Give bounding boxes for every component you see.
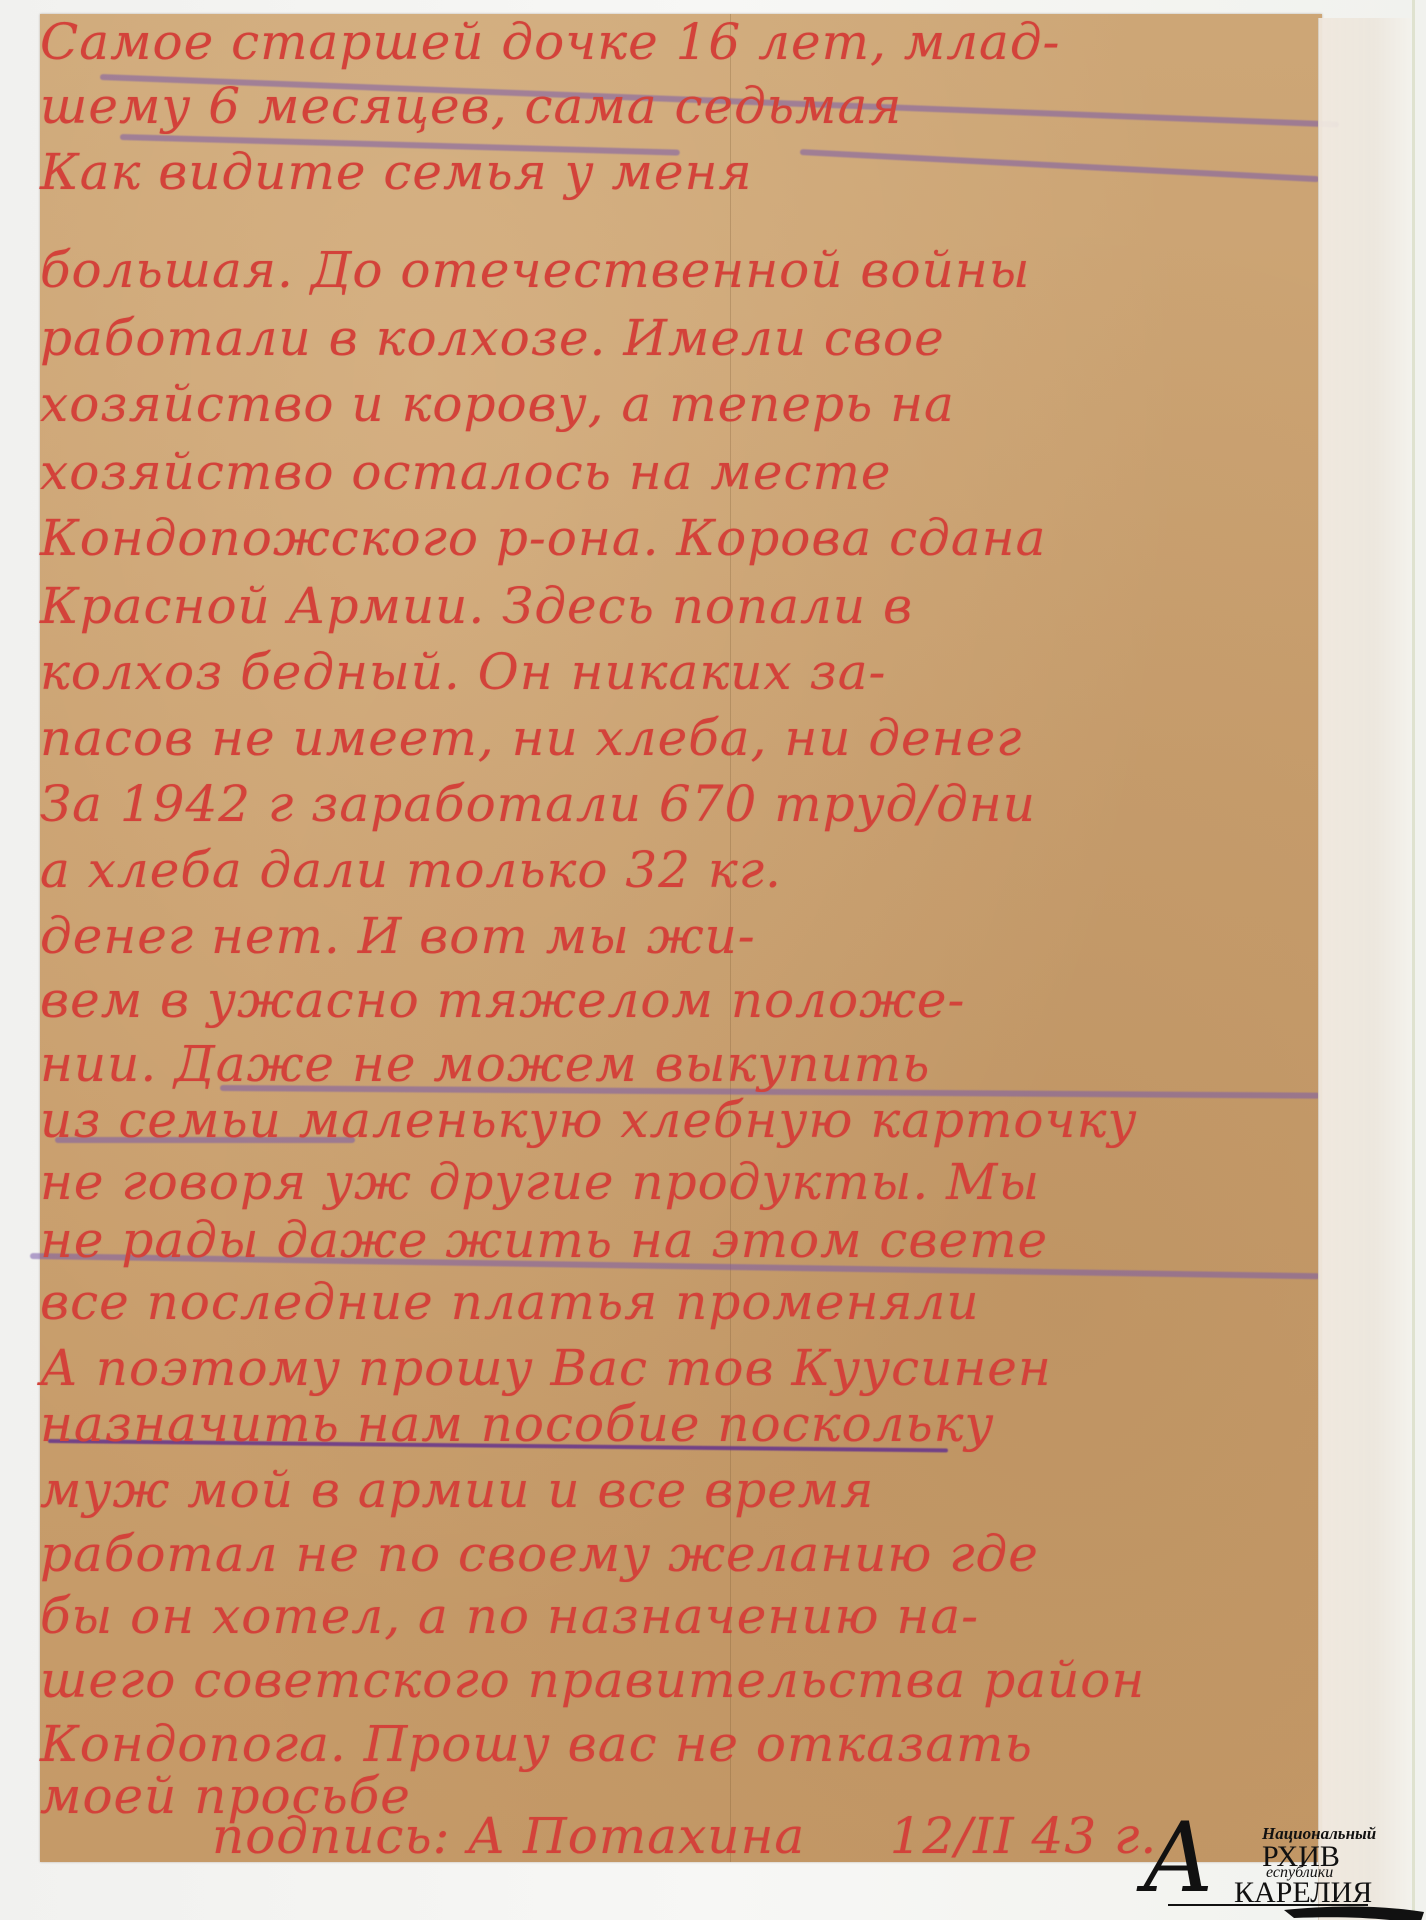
logo-initial: А: [1142, 1810, 1215, 1906]
backing-sheet-edge: [1412, 0, 1415, 1920]
text-line: денег нет. И вот мы жи-: [40, 906, 756, 966]
text-line: не говоря уж другие продукты. Мы: [40, 1152, 1040, 1212]
text-line: из семьи маленькую хлебную карточку: [40, 1090, 1138, 1150]
signature-line: подпись: А Потахина 12/II 43 г.: [212, 1806, 1157, 1866]
signature-date: 12/II 43 г.: [890, 1807, 1158, 1865]
text-line: Кондопожского р-она. Корова сдана: [40, 508, 1046, 568]
text-line: хозяйство осталось на месте: [40, 442, 891, 502]
text-line: муж мой в армии и все время: [40, 1460, 874, 1520]
signature-label: подпись:: [212, 1807, 450, 1865]
text-line: А поэтому прошу Вас тов Куусинен: [40, 1338, 1052, 1398]
text-line: За 1942 г заработали 670 труд/дни: [40, 774, 1036, 834]
text-line: хозяйство и корову, а теперь на: [40, 374, 955, 434]
text-line: Как видите семья у меня: [40, 142, 753, 202]
text-line: Кондопога. Прошу вас не отказать: [40, 1714, 1033, 1774]
text-line: все последние платья променяли: [40, 1272, 980, 1332]
text-line: Самое старшей дочке 16 лет, млад-: [40, 12, 1060, 72]
text-line: Красной Армии. Здесь попали в: [40, 576, 913, 636]
tissue-paper-strip: [1318, 18, 1411, 1920]
signature-name: А Потахина: [467, 1807, 805, 1865]
text-line: бы он хотел, а по назначению на-: [40, 1586, 979, 1646]
text-line: шему 6 месяцев, сама седьмая: [40, 76, 902, 136]
text-line: пасов не имеет, ни хлеба, ни денег: [40, 708, 1022, 768]
letter-text: Самое старшей дочке 16 лет, млад- шему 6…: [40, 14, 1322, 1862]
text-line: большая. До отечественной войны: [40, 240, 1030, 300]
text-line: работал не по своему желанию где: [40, 1524, 1039, 1584]
archive-watermark-logo: А Национальный РХИВ еспублики КАРЕЛИЯ: [1134, 1812, 1426, 1920]
text-line: а хлеба дали только 32 кг.: [40, 840, 782, 900]
text-line: нии. Даже не можем выкупить: [40, 1034, 930, 1094]
text-line: шего советского правительства район: [40, 1650, 1145, 1710]
text-line: назначить нам пособие поскольку: [40, 1394, 995, 1454]
pencil-underline: [800, 149, 1320, 182]
text-line: не рады даже жить на этом свете: [40, 1210, 1048, 1270]
text-line: работали в колхозе. Имели свое: [40, 308, 945, 368]
quill-icon: [1284, 1904, 1424, 1920]
text-line: вем в ужасно тяжелом положе-: [40, 970, 965, 1030]
text-line: колхоз бедный. Он никаких за-: [40, 642, 886, 702]
